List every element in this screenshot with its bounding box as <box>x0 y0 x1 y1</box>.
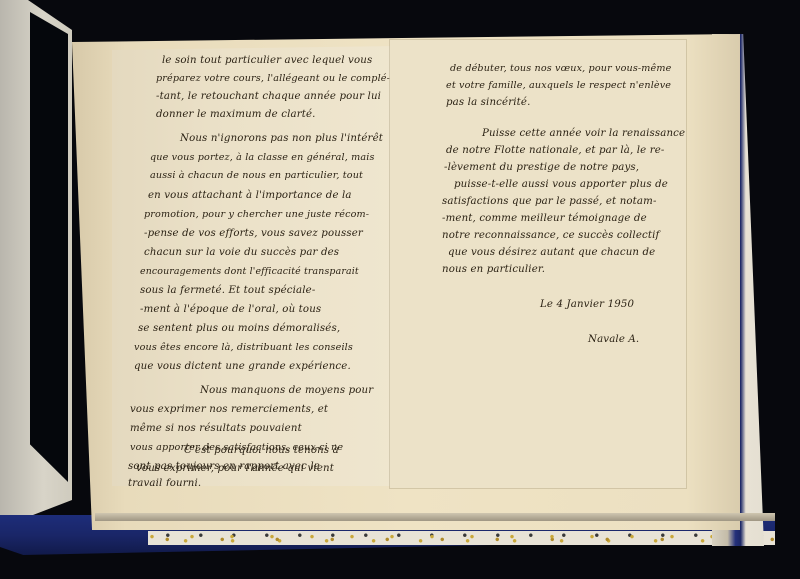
text-line: sous la fermeté. Et tout spéciale- <box>140 286 315 296</box>
text-line: que vous dictent une grande expérience. <box>134 362 351 372</box>
text-line: notre reconnaissance, ce succès collecti… <box>442 231 659 241</box>
text-line: vous exprimer nos remerciements, et <box>130 405 328 415</box>
text-line: -tant, le retouchant chaque année pour l… <box>156 92 381 102</box>
text-line: promotion, pour y chercher une juste réc… <box>144 210 369 220</box>
text-line: -ment à l'époque de l'oral, où tous <box>140 305 321 315</box>
page-stack-edge <box>95 513 775 521</box>
text-line: encouragements dont l'efficacité transpa… <box>140 267 359 276</box>
text-line: donner le maximum de clarté. <box>156 110 316 120</box>
text-line: -lèvement du prestige de notre pays, <box>444 163 639 173</box>
text-line: de notre Flotte nationale, et par là, le… <box>446 146 665 156</box>
text-line: vous exprimer, pour l'année qui vient <box>136 464 334 474</box>
marbled-cover-edge <box>148 531 775 545</box>
text-line: en vous attachant à l'importance de la <box>148 191 352 201</box>
text-line: Nous n'ignorons pas non plus l'intérêt <box>180 134 383 144</box>
letter-sheet-left: le soin tout particulier avec lequel vou… <box>112 46 398 486</box>
text-line: se sentent plus ou moins démoralisés, <box>138 324 340 334</box>
text-line: chacun sur la voie du succès par des <box>144 248 339 258</box>
dark-inner-cover <box>30 12 68 482</box>
text-line: que vous portez, à la classe en général,… <box>150 153 375 163</box>
text-line: puisse-t-elle aussi vous apporter plus d… <box>454 180 668 190</box>
text-line: le soin tout particulier avec lequel vou… <box>162 56 372 66</box>
text-line: même si nos résultats pouvaient <box>130 424 302 434</box>
text-line: Puisse cette année voir la renaissance <box>482 129 685 139</box>
text-line: que vous désirez autant que chacun de <box>448 248 655 258</box>
text-line: préparez votre cours, l'allégeant ou le … <box>156 74 390 84</box>
letter-date: Le 4 Janvier 1950 <box>540 300 634 310</box>
text-line: aussi à chacun de nous en particulier, t… <box>150 171 363 181</box>
letter-signature: Navale A. <box>588 335 639 345</box>
text-line: de débuter, tous nos vœux, pour vous-mêm… <box>450 64 671 74</box>
text-line: nous en particulier. <box>442 265 545 275</box>
text-line: Nous manquons de moyens pour <box>200 386 373 396</box>
letter-sheet-right: de débuter, tous nos vœux, pour vous-mêm… <box>390 40 686 488</box>
text-line: et votre famille, auxquels le respect n'… <box>446 81 671 91</box>
text-line: C'est pourquoi nous tenons à <box>184 446 339 456</box>
text-line: satisfactions que par le passé, et notam… <box>442 197 657 207</box>
text-line: pas la sincérité. <box>446 98 530 108</box>
text-line: -ment, comme meilleur témoignage de <box>442 214 647 224</box>
text-line: -pense de vos efforts, vous savez pousse… <box>144 229 363 239</box>
text-line: vous êtes encore là, distribuant les con… <box>134 343 353 353</box>
